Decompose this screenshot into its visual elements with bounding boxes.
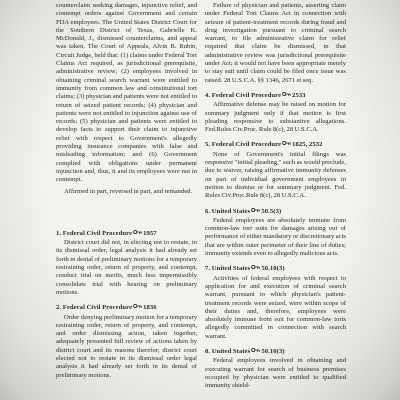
headnote-8-heading: 8. United States50.10(3) (205, 347, 346, 356)
headnote-7-label: 7. United States (205, 265, 250, 272)
headnote-2-keys: 1836 (143, 304, 157, 311)
key-number-icon (251, 347, 260, 353)
headnote-2-heading: 2. Federal Civil Procedure1836 (56, 303, 197, 312)
headnote-7-keys: 50.10(3) (261, 265, 284, 272)
key-number-icon (133, 303, 142, 309)
headnote-8-label: 8. United States (205, 348, 250, 355)
key-number-icon (282, 91, 291, 97)
headnote-7: 7. United States50.10(3) Activities of f… (205, 264, 346, 341)
headnote-8-text: Federal employees involved in obtaining … (205, 357, 346, 390)
headnote-4-text: Affirmative defense may be raised on mot… (205, 101, 346, 134)
page-text-block: counterclaim seeking damages, injunctive… (56, 2, 347, 390)
reporter-page: counterclaim seeking damages, injunctive… (0, 0, 400, 400)
headnote-4-label: 4. Federal Civil Procedure (205, 92, 281, 99)
headnote-1-text: District court did not, in electing not … (56, 239, 197, 297)
headnote-5-text: None of Government's initial filings was… (205, 151, 346, 201)
headnote-3-continuation-paragraph: Failure of physician and patients, asser… (205, 2, 346, 85)
headnote-2: 2. Federal Civil Procedure1836 Order den… (56, 303, 197, 380)
headnote-5-heading: 5. Federal Civil Procedure1825, 2532 (205, 140, 346, 149)
headnote-1-keys: 1957 (143, 230, 157, 237)
headnote-6-keys: 50.5(3) (261, 208, 281, 215)
left-column: counterclaim seeking damages, injunctive… (56, 2, 197, 390)
headnote-8: 8. United States50.10(3) Federal employe… (205, 347, 346, 390)
headnote-1: 1. Federal Civil Procedure1957 District … (56, 229, 197, 297)
headnote-5-keys: 1825, 2532 (292, 141, 322, 148)
key-number-icon (251, 207, 260, 213)
headnote-2-label: 2. Federal Civil Procedure (56, 304, 132, 311)
headnote-5: 5. Federal Civil Procedure1825, 2532 Non… (205, 140, 346, 200)
headnote-2-text: Order denying preliminary motion for a t… (56, 314, 197, 380)
headnote-6: 6. United States50.5(3) Federal employee… (205, 207, 346, 259)
headnote-6-heading: 6. United States50.5(3) (205, 207, 346, 216)
section-gap (56, 199, 197, 223)
syllabus-continuation-paragraph: counterclaim seeking damages, injunctive… (56, 2, 197, 185)
right-column: Failure of physician and patients, asser… (205, 2, 346, 390)
headnote-6-label: 6. United States (205, 208, 250, 215)
headnote-4-heading: 4. Federal Civil Procedure2533 (205, 91, 346, 100)
headnote-1-heading: 1. Federal Civil Procedure1957 (56, 229, 197, 238)
headnote-1-label: 1. Federal Civil Procedure (56, 230, 132, 237)
headnote-8-keys: 50.10(3) (261, 348, 284, 355)
key-number-icon (282, 140, 291, 146)
key-number-icon (133, 229, 142, 235)
headnote-7-heading: 7. United States50.10(3) (205, 264, 346, 273)
headnote-6-text: Federal employees are absolutely immune … (205, 217, 346, 258)
headnote-7-text: Activities of federal employees with res… (205, 275, 346, 341)
disposition-paragraph: Affirmed in part, reversed in part, and … (56, 188, 197, 196)
headnote-4: 4. Federal Civil Procedure2533 Affirmati… (205, 91, 346, 134)
headnote-4-keys: 2533 (292, 92, 306, 99)
key-number-icon (251, 264, 260, 270)
headnote-5-label: 5. Federal Civil Procedure (205, 141, 281, 148)
